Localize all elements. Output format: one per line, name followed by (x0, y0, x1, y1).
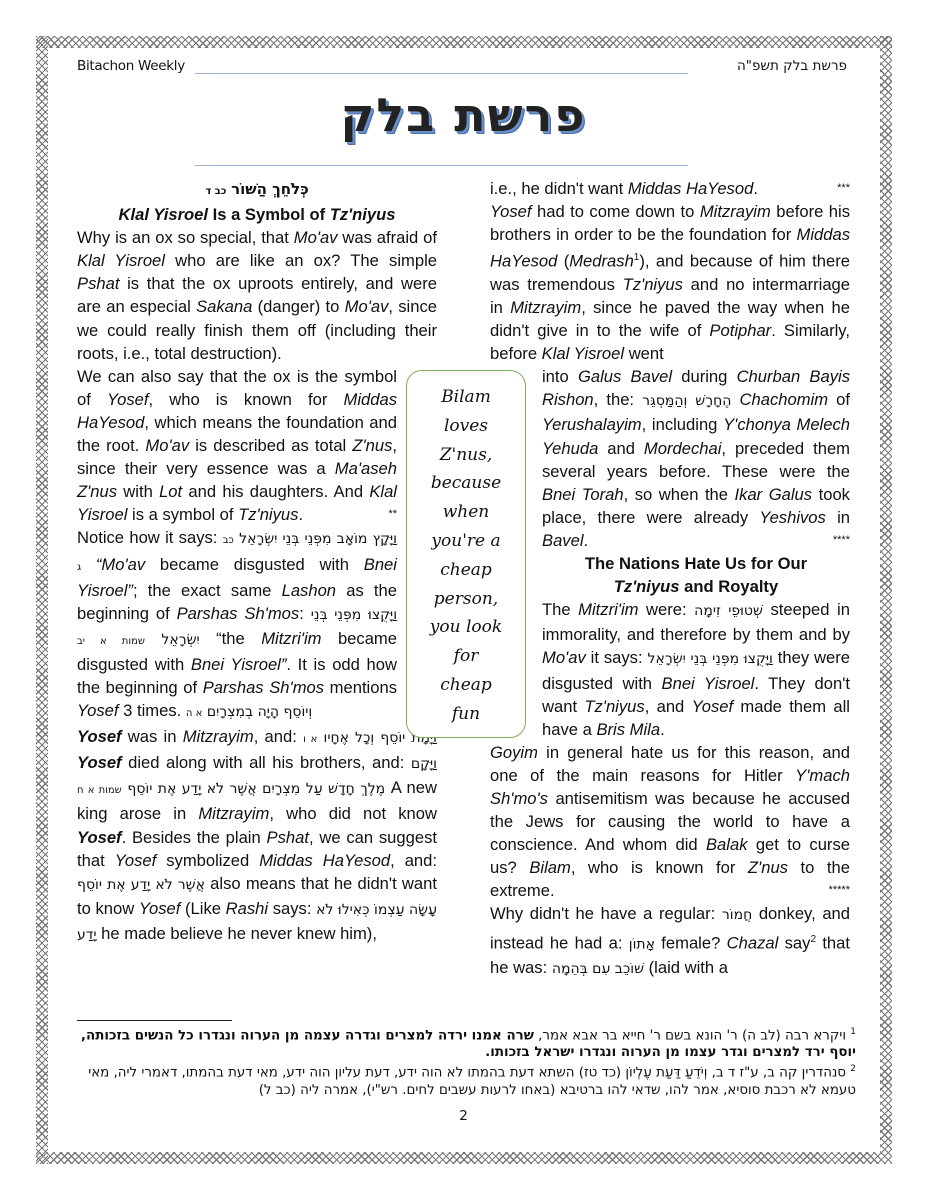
paragraph: into Galus Bavel during Churban Bayis Ri… (542, 365, 850, 552)
wrapped-text-block: into Galus Bavel during Churban Bayis Ri… (542, 365, 850, 741)
footnote-text: ויקרא רבה (לב ה) ר' הונא בשם ר' חייא בר … (534, 1028, 846, 1043)
footnote-number: 1 (850, 1027, 856, 1037)
paragraph: Yosef was in Mitzrayim, and: וַיָּמָת יו… (77, 725, 437, 947)
paragraph: Why is an ox so special, that Mo'av was … (77, 226, 437, 365)
footnotes: 1 ויקרא רבה (לב ה) ר' הונא בשם ר' חייא ב… (72, 1024, 856, 1099)
footnote-1: 1 ויקרא רבה (לב ה) ר' הונא בשם ר' חייא ב… (72, 1024, 856, 1061)
heading-part: Tz'niyus (614, 577, 680, 596)
section-marker: ** (388, 503, 397, 526)
paragraph: Notice how it says: וַיָּקָץ מוֹאָב מִפְ… (77, 526, 397, 725)
heading-part: and Royalty (680, 577, 779, 596)
page-title: פרשת בלק (0, 88, 927, 142)
section-marker: *** (837, 177, 850, 200)
title-rule (195, 165, 688, 166)
footnote-text: סנהדרין קה ב, ע"ז ד ב, וְיֹדֵעַ דַּעַת ע… (88, 1066, 856, 1098)
publication-name: Bitachon Weekly (77, 58, 185, 74)
section-marker: ***** (829, 879, 850, 902)
heading-part: Tz'niyus (330, 205, 396, 224)
parsha-date: פרשת בלק תשפ"ה (737, 58, 847, 74)
paragraph: Goyim in general hate us for this reason… (490, 741, 850, 903)
verse-heading: כְּלֹחֵךְ הַשּׁוֹר כב ד (77, 177, 437, 203)
footnote-number: 2 (850, 1064, 856, 1074)
page-number: 2 (0, 1108, 927, 1124)
paragraph: The Mitzri'im were: שְׁטוּפֵי זִימָה ste… (542, 598, 850, 741)
heading-part: Klal Yisroel (119, 205, 208, 224)
paragraph: i.e., he didn't want Middas HaYesod. *** (490, 177, 850, 200)
wrapped-text-block: We can also say that the ox is the symbo… (77, 365, 397, 725)
heading-part: The Nations Hate Us for Our (585, 554, 807, 573)
right-column: i.e., he didn't want Middas HaYesod. ***… (490, 177, 850, 981)
section-marker: **** (833, 529, 850, 552)
verse-source: כב ד (205, 186, 226, 197)
paragraph: We can also say that the ox is the symbo… (77, 365, 397, 527)
footnote-separator (77, 1020, 232, 1021)
paragraph: Why didn't he have a regular: חֲמוֹר don… (490, 902, 850, 981)
section-heading-2: The Nations Hate Us for OurTz'niyus and … (542, 552, 850, 598)
footnote-2: 2 סנהדרין קה ב, ע"ז ד ב, וְיֹדֵעַ דַּעַת… (72, 1061, 856, 1098)
paragraph: Yosef had to come down to Mitzrayim befo… (490, 200, 850, 365)
section-heading-1: Klal Yisroel Is a Symbol of Tz'niyus (77, 203, 437, 226)
verse-text: כְּלֹחֵךְ הַשּׁוֹר (231, 180, 309, 198)
heading-part: Is a Symbol of (208, 205, 330, 224)
header-rule (195, 73, 688, 74)
left-column: כְּלֹחֵךְ הַשּׁוֹר כב ד Klal Yisroel Is … (77, 177, 437, 947)
